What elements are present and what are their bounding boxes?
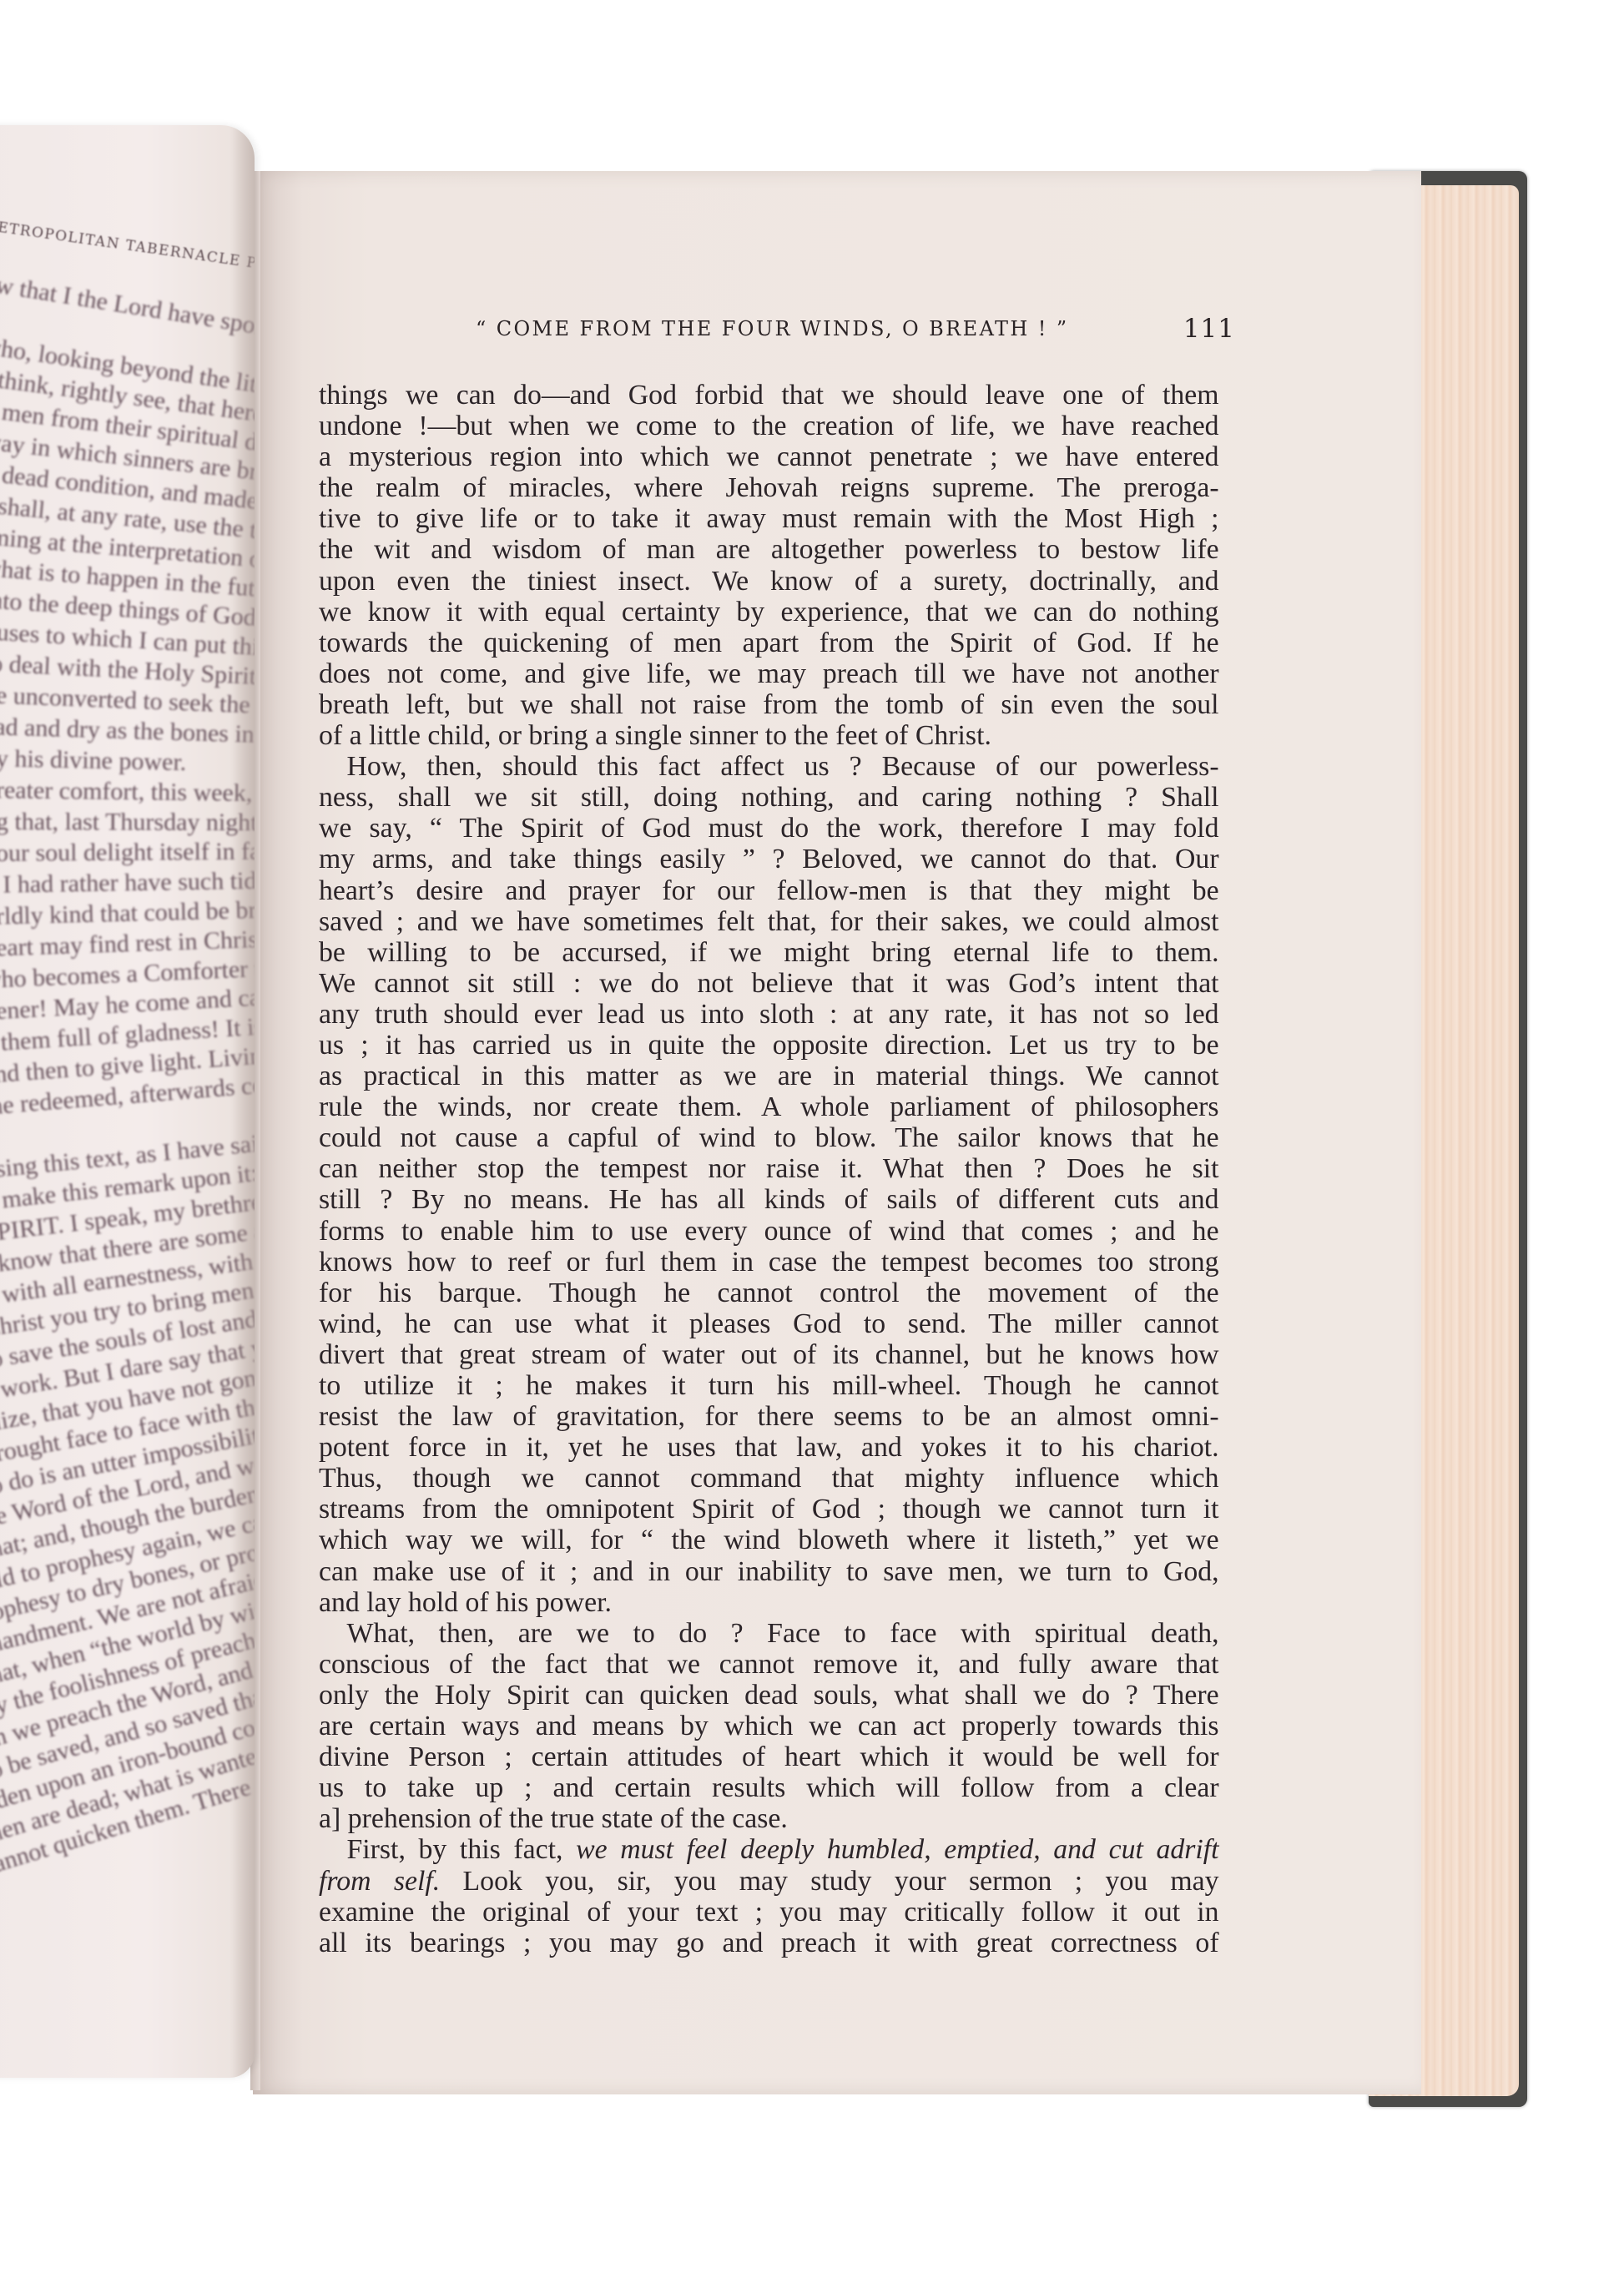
text-line: What, then, are we to do ? Face to face … — [319, 1618, 1219, 1649]
left-text-line: your soul delight itself in fatness,' sh… — [0, 836, 255, 869]
text-line: be willing to be accursed, if we might b… — [319, 937, 1219, 968]
text-line: resist the law of gravitation, for there… — [319, 1401, 1219, 1432]
text-line: a] prehension of the true state of the c… — [319, 1803, 1219, 1834]
text-line: the wit and wisdom of man are altogether… — [319, 534, 1219, 565]
text-line: all its bearings ; you may go and preach… — [319, 1928, 1219, 1958]
text-line: How, then, should this fact affect us ? … — [319, 751, 1219, 782]
text-line: the realm of miracles, where Jehovah rei… — [319, 472, 1219, 503]
text-line: any truth should ever lead us into sloth… — [319, 999, 1219, 1030]
text-line: to utilize it ; he makes it turn his mil… — [319, 1370, 1219, 1401]
text-line: a mysterious region into which we cannot… — [319, 441, 1219, 472]
text-line: us ; it has carried us in quite the oppo… — [319, 1030, 1219, 1061]
text-line: does not come, and give life, we may pre… — [319, 658, 1219, 689]
text-line: First, by this fact, we must feel deeply… — [319, 1834, 1219, 1865]
text-line: streams from the omnipotent Spirit of Go… — [319, 1494, 1219, 1525]
text-line: potent force in it, yet he uses that law… — [319, 1432, 1219, 1463]
text-line: we say, “ The Spirit of God must do the … — [319, 813, 1219, 844]
text-line: saved ; and we have sometimes felt that,… — [319, 906, 1219, 937]
text-line: still ? By no means. He has all kinds of… — [319, 1184, 1219, 1215]
text-line: ness, shall we sit still, doing nothing,… — [319, 782, 1219, 813]
text-line: from self. Look you, sir, you may study … — [319, 1866, 1219, 1897]
text-line: conscious of the fact that we cannot rem… — [319, 1649, 1219, 1680]
text-line: things we can do—and God forbid that we … — [319, 380, 1219, 411]
left-gutter-shadow — [229, 125, 255, 2078]
text-line: breath left, but we shall not raise from… — [319, 689, 1219, 720]
text-line: rule the winds, nor create them. A whole… — [319, 1091, 1219, 1122]
text-line: divert that great stream of water out of… — [319, 1339, 1219, 1370]
text-line: of a little child, or bring a single sin… — [319, 720, 1219, 751]
text-line: tive to give life or to take it away mus… — [319, 503, 1219, 534]
italic-emphasis: we must feel deeply humbled, emptied, an… — [576, 1833, 1219, 1865]
text-line: divine Person ; certain attitudes of hea… — [319, 1741, 1219, 1772]
text-line: and lay hold of his power. — [319, 1587, 1219, 1618]
right-page-text: things we can do—and God forbid that we … — [319, 380, 1219, 1958]
text-line: forms to enable him to use every ounce o… — [319, 1216, 1219, 1247]
left-page-text: ow that I the Lord have spoken it, anwho… — [0, 267, 255, 1884]
text-line: could not cause a capful of wind to blow… — [319, 1122, 1219, 1153]
text-line: knows how to reef or furl them in case t… — [319, 1247, 1219, 1278]
text-line: upon even the tiniest insect. We know of… — [319, 566, 1219, 597]
page-number: 111 — [1183, 314, 1235, 344]
text-line: only the Holy Spirit can quicken dead so… — [319, 1680, 1219, 1711]
text-line: can make use of it ; and in our inabilit… — [319, 1556, 1219, 1587]
text-line: are certain ways and means by which we c… — [319, 1711, 1219, 1741]
left-page: METROPOLITAN TABERNACLE PULPIT. ow that … — [0, 125, 255, 2078]
text-line: heart’s desire and prayer for our fellow… — [319, 875, 1219, 906]
text-line: as practical in this matter as we are in… — [319, 1061, 1219, 1091]
text-span: First, by this fact, — [346, 1833, 576, 1865]
running-head: “ COME FROM THE FOUR WINDS, O BREATH ! ”… — [476, 315, 1235, 349]
left-text-line: ng that, last Thursday night, while I wa — [0, 806, 255, 839]
text-line: us to take up ; and certain results whic… — [319, 1772, 1219, 1803]
text-line: can neither stop the tempest nor raise i… — [319, 1153, 1219, 1184]
text-line: towards the quickening of men apart from… — [319, 627, 1219, 658]
text-line: We cannot sit still : we do not believe … — [319, 968, 1219, 999]
left-text-line: greater comfort, this week, than whe — [0, 774, 255, 809]
text-line: my arms, and take things easily ” ? Belo… — [319, 844, 1219, 874]
text-line: examine the original of your text ; you … — [319, 1897, 1219, 1928]
text-line: Thus, though we cannot command that migh… — [319, 1463, 1219, 1494]
text-line: we know it with equal certainty by exper… — [319, 597, 1219, 627]
text-line: undone !—but when we come to the creatio… — [319, 411, 1219, 441]
text-line: wind, he can use what it pleases God to … — [319, 1308, 1219, 1339]
text-line: which way we will, for “ the wind blowet… — [319, 1525, 1219, 1555]
chapter-title: “ COME FROM THE FOUR WINDS, O BREATH ! ” — [476, 317, 1069, 340]
text-line: for his barque. Though he cannot control… — [319, 1278, 1219, 1308]
text-span: Look you, sir, you may study your sermon… — [440, 1865, 1218, 1897]
italic-emphasis: from self. — [319, 1865, 440, 1897]
